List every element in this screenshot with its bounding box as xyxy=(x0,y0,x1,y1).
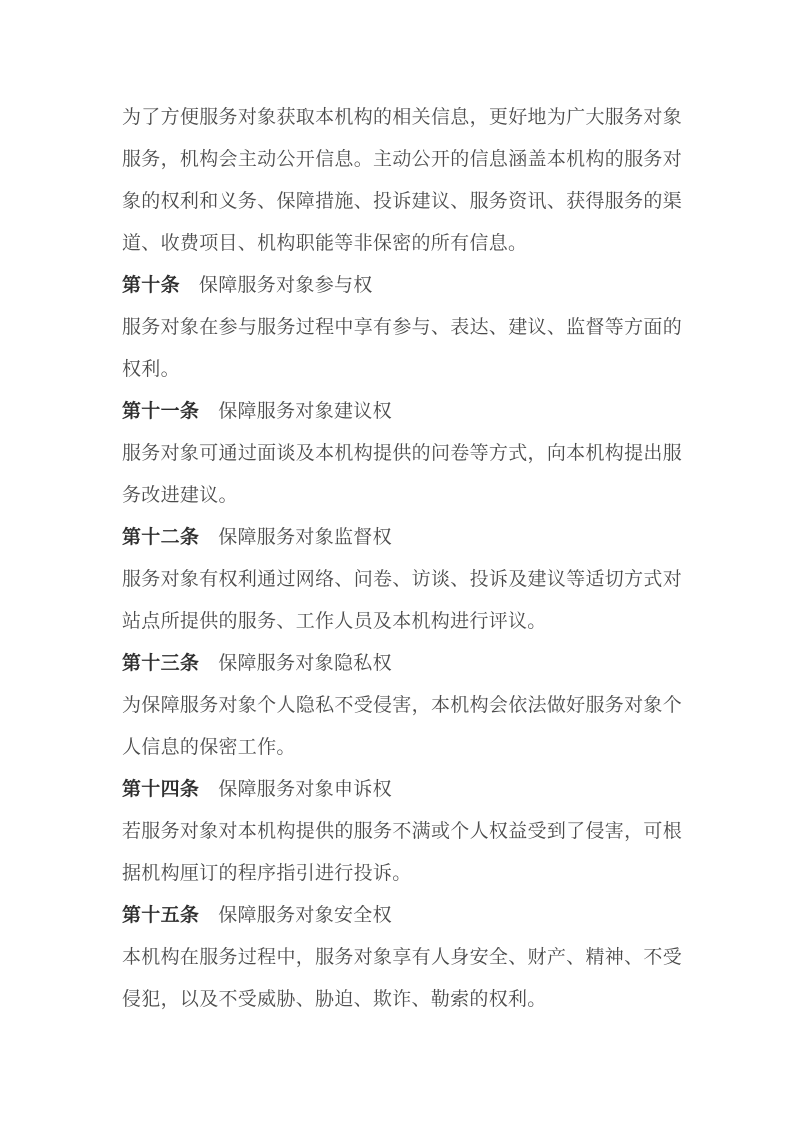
intro-paragraph: 为了方便服务对象获取本机构的相关信息，更好地为广大服务对象服务，机构会主动公开信… xyxy=(122,97,682,265)
article-title: 保障服务对象隐私权 xyxy=(218,653,392,674)
document-page: 为了方便服务对象获取本机构的相关信息，更好地为广大服务对象服务，机构会主动公开信… xyxy=(0,0,800,1132)
article-title: 保障服务对象监督权 xyxy=(218,527,392,548)
article-number: 第十条 xyxy=(122,275,180,296)
article-heading-15: 第十五条保障服务对象安全权 xyxy=(122,895,682,937)
article-body-14: 若服务对象对本机构提供的服务不满或个人权益受到了侵害，可根据机构厘订的程序指引进… xyxy=(122,811,682,895)
article-heading-12: 第十二条保障服务对象监督权 xyxy=(122,517,682,559)
article-title: 保障服务对象申诉权 xyxy=(218,779,392,800)
article-heading-10: 第十条保障服务对象参与权 xyxy=(122,265,682,307)
article-body-10: 服务对象在参与服务过程中享有参与、表达、建议、监督等方面的权利。 xyxy=(122,307,682,391)
article-number: 第十五条 xyxy=(122,905,199,926)
article-number: 第十四条 xyxy=(122,779,199,800)
article-number: 第十二条 xyxy=(122,527,199,548)
article-title: 保障服务对象参与权 xyxy=(199,275,373,296)
article-title: 保障服务对象建议权 xyxy=(218,401,392,422)
article-body-13: 为保障服务对象个人隐私不受侵害，本机构会依法做好服务对象个人信息的保密工作。 xyxy=(122,685,682,769)
article-heading-11: 第十一条保障服务对象建议权 xyxy=(122,391,682,433)
article-number: 第十一条 xyxy=(122,401,199,422)
article-number: 第十三条 xyxy=(122,653,199,674)
article-title: 保障服务对象安全权 xyxy=(218,905,392,926)
article-body-15: 本机构在服务过程中，服务对象享有人身安全、财产、精神、不受侵犯，以及不受威胁、胁… xyxy=(122,937,682,1021)
article-heading-14: 第十四条保障服务对象申诉权 xyxy=(122,769,682,811)
article-heading-13: 第十三条保障服务对象隐私权 xyxy=(122,643,682,685)
article-body-11: 服务对象可通过面谈及本机构提供的问卷等方式，向本机构提出服务改进建议。 xyxy=(122,433,682,517)
article-body-12: 服务对象有权利通过网络、问卷、访谈、投诉及建议等适切方式对站点所提供的服务、工作… xyxy=(122,559,682,643)
